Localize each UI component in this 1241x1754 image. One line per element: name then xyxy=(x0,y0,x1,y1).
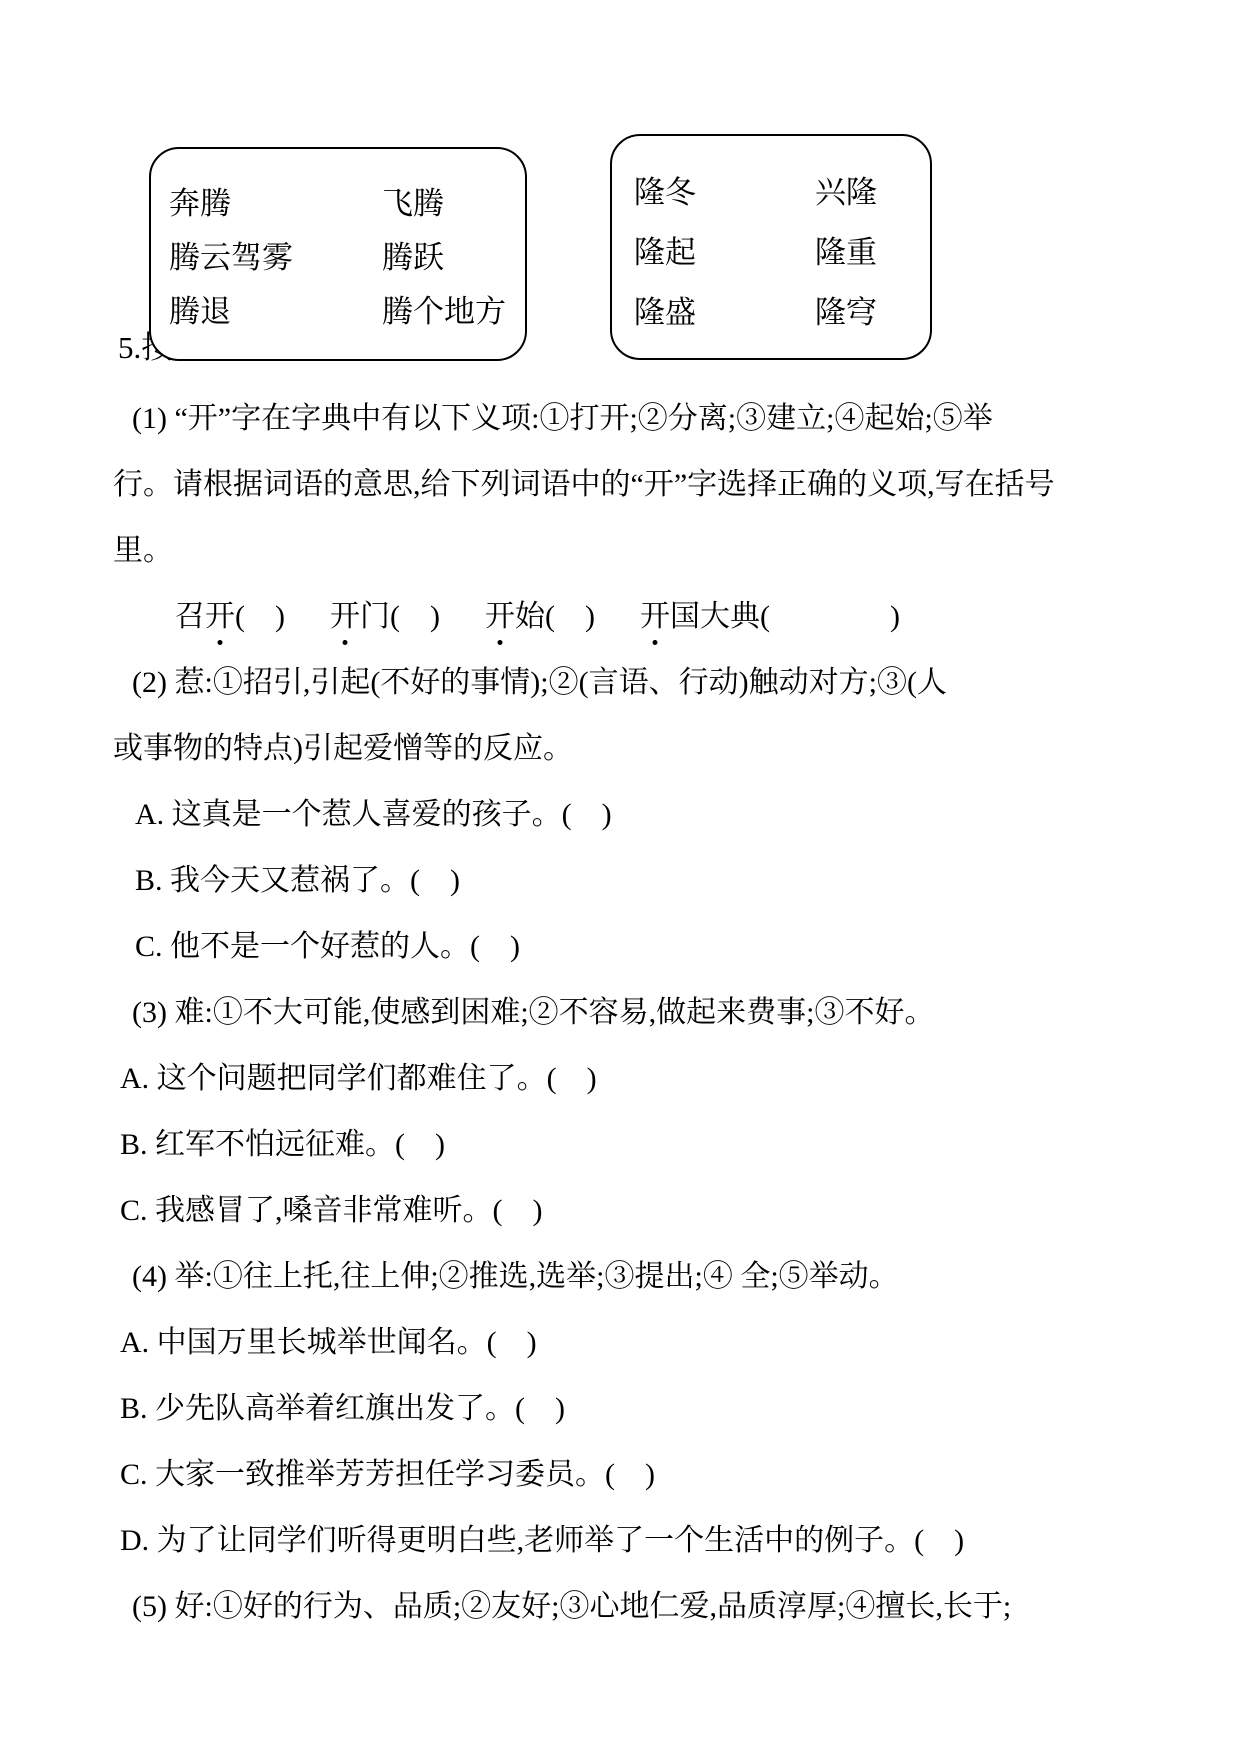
text-line: C. 他不是一个好惹的人。( ) xyxy=(113,928,1188,994)
dotted-char: 开 xyxy=(205,598,235,636)
text-line: C. 我感冒了,嗓音非常难听。( ) xyxy=(113,1192,1188,1258)
bracket-item-post: ( ) xyxy=(235,600,285,633)
word-item: 腾退 xyxy=(169,295,382,329)
bracket-item: 召开( ) xyxy=(175,600,285,633)
text-line: B. 红军不怕远征难。( ) xyxy=(113,1126,1188,1192)
text-line: A. 中国万里长城举世闻名。( ) xyxy=(113,1324,1188,1390)
bracket-item: 开门( ) xyxy=(330,600,440,633)
word-item: 隆冬 xyxy=(634,176,815,210)
dotted-char: 开 xyxy=(330,598,360,636)
word-box-row: 腾云驾雾腾跃 xyxy=(169,241,515,275)
word-item: 腾云驾雾 xyxy=(169,241,382,275)
word-box-row: 奔腾飞腾 xyxy=(169,187,515,221)
word-item: 飞腾 xyxy=(382,187,444,221)
word-item: 隆起 xyxy=(634,236,815,270)
bracket-item-post: 始( ) xyxy=(515,600,595,633)
word-item: 兴隆 xyxy=(815,176,877,210)
text-line: (5) 好:①好的行为、品质;②友好;③心地仁爱,品质淳厚;④擅长,长于; xyxy=(113,1588,1188,1654)
text-line: 里。 xyxy=(113,532,1188,598)
word-box-row: 隆起隆重 xyxy=(634,236,920,270)
bracket-item: 开始( ) xyxy=(485,600,595,633)
text-line: A. 这真是一个惹人喜爱的孩子。( ) xyxy=(113,796,1188,862)
word-item: 腾跃 xyxy=(382,241,444,275)
text-line: C. 大家一致推举芳芳担任学习委员。( ) xyxy=(113,1456,1188,1522)
dotted-char: 开 xyxy=(485,598,515,636)
text-line: 行。请根据词语的意思,给下列词语中的“开”字选择正确的义项,写在括号 xyxy=(113,466,1188,532)
word-box-row: 隆冬兴隆 xyxy=(634,176,920,210)
word-box-row: 腾退腾个地方 xyxy=(169,295,515,329)
text-line: B. 少先队高举着红旗出发了。( ) xyxy=(113,1390,1188,1456)
bracket-item: 开国大典( ) xyxy=(640,600,900,633)
word-item: 隆穹 xyxy=(815,296,877,330)
text-line: B. 我今天又惹祸了。( ) xyxy=(113,862,1188,928)
question-5-number-text: 5. xyxy=(118,330,141,365)
text-line: (2) 惹:①招引,引起(不好的事情);②(言语、行动)触动对方;③(人 xyxy=(113,664,1188,730)
dotted-char: 开 xyxy=(640,598,670,636)
word-item: 腾个地方 xyxy=(382,295,506,329)
word-box-row: 隆盛隆穹 xyxy=(634,296,920,330)
text-line: A. 这个问题把同学们都难住了。( ) xyxy=(113,1060,1188,1126)
word-item: 隆盛 xyxy=(634,296,815,330)
text-line: (3) 难:①不大可能,使感到困难;②不容易,做起来费事;③不好。 xyxy=(113,994,1188,1060)
word-item: 隆重 xyxy=(815,236,877,270)
word-box-teng: 奔腾飞腾腾云驾雾腾跃腾退腾个地方 xyxy=(149,147,527,361)
bracket-fill-line: 召开( )开门( )开始( )开国大典( ) xyxy=(113,598,1188,664)
bracket-item-pre: 召 xyxy=(175,600,205,633)
text-line: (1) “开”字在字典中有以下义项:①打开;②分离;③建立;④起始;⑤举 xyxy=(113,400,1188,466)
word-item: 奔腾 xyxy=(169,187,382,221)
exercise-text: (1) “开”字在字典中有以下义项:①打开;②分离;③建立;④起始;⑤举行。请根… xyxy=(113,400,1188,1654)
worksheet-page: 5.按 奔腾飞腾腾云驾雾腾跃腾退腾个地方 隆冬兴隆隆起隆重隆盛隆穹 (1) “开… xyxy=(0,0,1241,1754)
text-line: D. 为了让同学们听得更明白些,老师举了一个生活中的例子。( ) xyxy=(113,1522,1188,1588)
word-box-long: 隆冬兴隆隆起隆重隆盛隆穹 xyxy=(610,134,932,360)
text-line: 或事物的特点)引起爱憎等的反应。 xyxy=(113,730,1188,796)
bracket-item-post: 国大典( ) xyxy=(670,600,900,633)
bracket-item-post: 门( ) xyxy=(360,600,440,633)
text-line: (4) 举:①往上托,往上伸;②推选,选举;③提出;④ 全;⑤举动。 xyxy=(113,1258,1188,1324)
